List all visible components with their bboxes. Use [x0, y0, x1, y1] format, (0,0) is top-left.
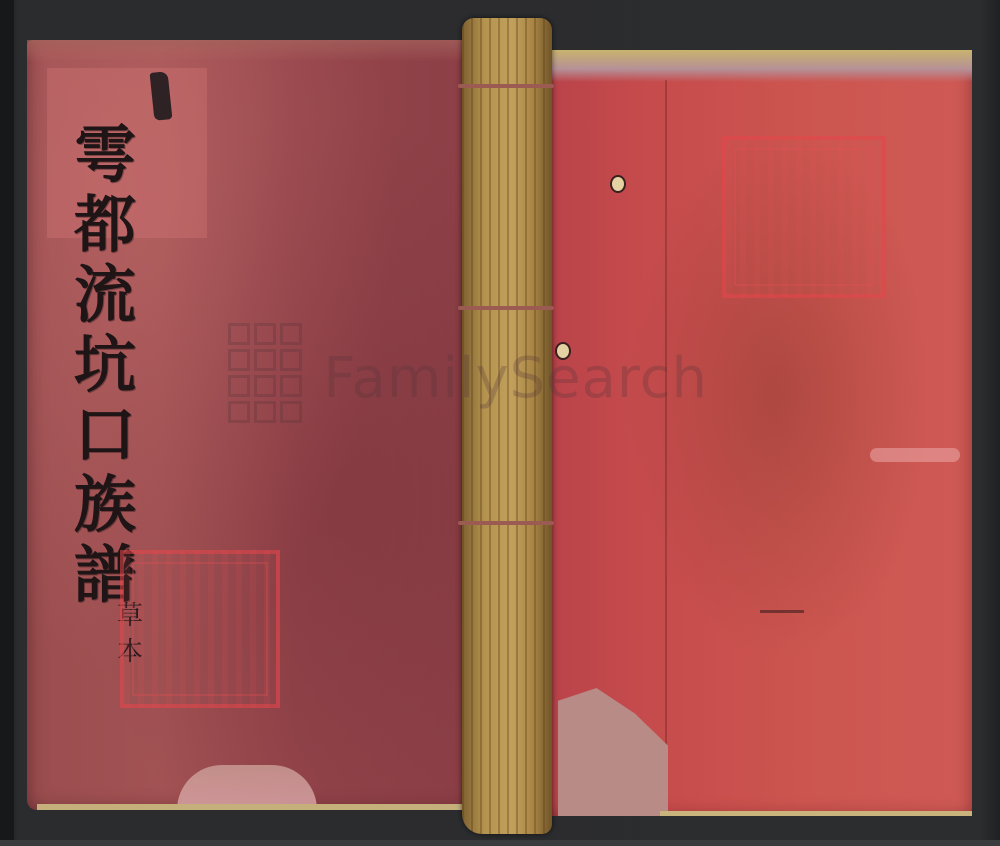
- seal-inner-border: [734, 148, 874, 286]
- cover-top-wear: [27, 40, 477, 62]
- cover-peeled-patch: [558, 688, 668, 816]
- worm-hole: [555, 342, 571, 360]
- scan-background-edge: [0, 0, 14, 846]
- cover-ink-dash: [760, 610, 804, 613]
- cover-top-worn-strip: [550, 50, 972, 82]
- title-char: 族: [74, 470, 136, 540]
- title-char: 坑: [74, 330, 136, 400]
- cover-scuff-streak: [870, 448, 960, 462]
- binding-thread: [458, 521, 554, 525]
- title-char: 口: [74, 400, 136, 470]
- book-spine: [462, 18, 552, 834]
- red-seal-stamp-right: [722, 136, 886, 298]
- title-char: 雩: [74, 120, 136, 190]
- title-char: 流: [74, 260, 136, 330]
- page-edge: [37, 804, 477, 810]
- scan-background-bottom-strip: [0, 840, 1000, 846]
- worm-hole: [610, 175, 626, 193]
- book-title-vertical: 雩 都 流 坑 口 族 譜: [62, 120, 148, 610]
- binding-thread: [458, 84, 554, 88]
- binding-thread: [458, 306, 554, 310]
- red-seal-stamp-left: [120, 550, 280, 708]
- cover-fold-line: [665, 80, 667, 816]
- page-edge: [660, 811, 972, 816]
- title-char: 都: [74, 190, 136, 260]
- seal-inner-border: [132, 562, 268, 696]
